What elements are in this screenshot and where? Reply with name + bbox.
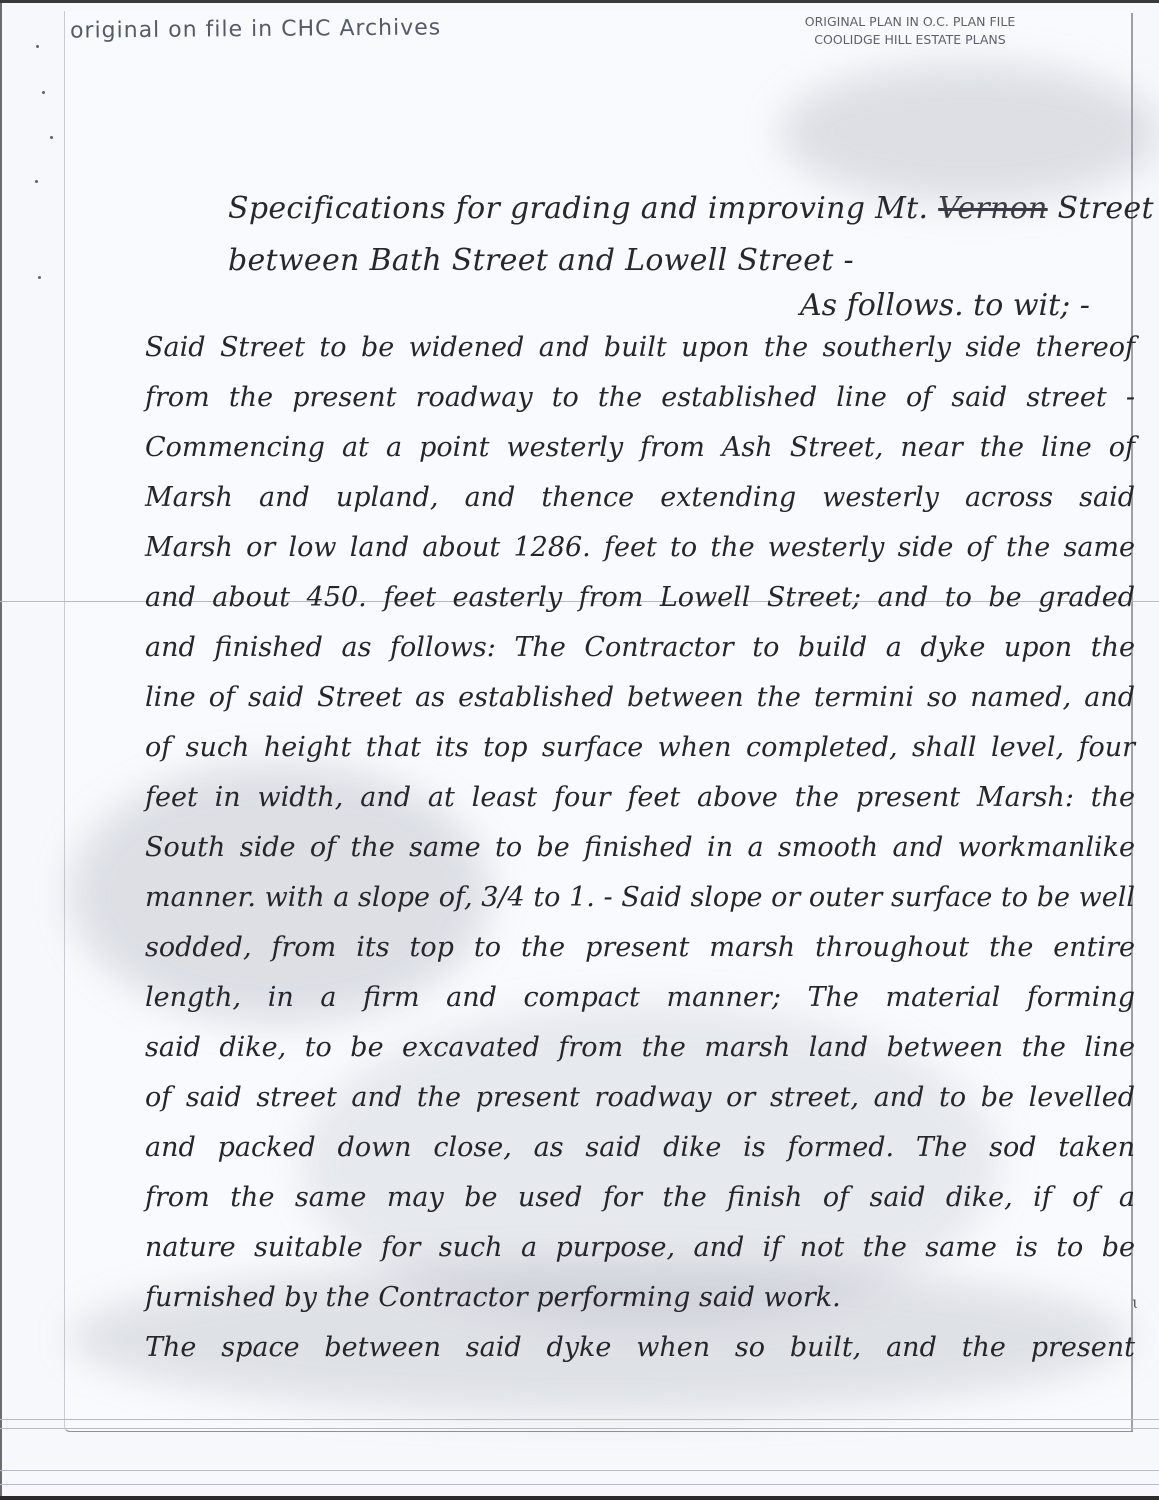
body-line: South side of the same to be finished in… [145, 823, 1135, 873]
body-line: Said Street to be widened and built upon… [145, 323, 1135, 373]
body-line: of such height that its top surface when… [145, 723, 1135, 773]
title-line-2: between Bath Street and Lowell Street - [228, 235, 1108, 287]
body-line: sodded, from its top to the present mars… [145, 923, 1135, 973]
scanned-document-page: original on file in CHC Archives Origina… [0, 0, 1159, 1500]
scan-speck [35, 180, 38, 183]
plan-file-note-line: Original plan in O.C. plan file [760, 13, 1060, 31]
body-line: from the same may be used for the finish… [145, 1173, 1135, 1223]
body-line: nature suitable for such a purpose, and … [145, 1223, 1135, 1273]
scan-speck [36, 45, 39, 48]
body-line: manner. with a slope of, 3/4 to 1. - Sai… [145, 873, 1135, 923]
title-prefix: Specifications for grading and improving [228, 191, 865, 226]
ruled-line [0, 1419, 1159, 1420]
margin-mark: ɩ [1132, 1293, 1138, 1312]
body-line: furnished by the Contractor performing s… [145, 1273, 1135, 1323]
archive-note: original on file in CHC Archives [70, 15, 441, 43]
body-line: from the present roadway to the establis… [145, 373, 1135, 423]
body-line: length, in a firm and compact manner; Th… [145, 973, 1135, 1023]
body-line: feet in width, and at least four feet ab… [145, 773, 1135, 823]
salutation: As follows. to wit; - [800, 288, 1090, 323]
title-street-suffix: Street [1058, 191, 1154, 226]
title-street-prefix: Mt. [875, 191, 928, 226]
scan-speck [50, 136, 53, 139]
document-title: Specifications for grading and improving… [228, 183, 1108, 287]
scan-speck [38, 276, 41, 279]
body-line: Marsh or low land about 1286. feet to th… [145, 523, 1135, 573]
body-line: and packed down close, as said dike is f… [145, 1123, 1135, 1173]
ruled-line [0, 1484, 1159, 1485]
plan-file-note: Original plan in O.C. plan file Coolidge… [760, 13, 1060, 49]
title-line-1: Specifications for grading and improving… [228, 183, 1108, 235]
body-line: said dike, to be excavated from the mars… [145, 1023, 1135, 1073]
body-line: Marsh and upland, and thence extending w… [145, 473, 1135, 523]
title-struck-street-name: Vernon [938, 191, 1048, 226]
body-line: line of said Street as established betwe… [145, 673, 1135, 723]
body-line: of said street and the present roadway o… [145, 1073, 1135, 1123]
body-line: and finished as follows: The Contractor … [145, 623, 1135, 673]
ruled-line [0, 1428, 1159, 1429]
scan-speck [42, 91, 45, 94]
document-body: Said Street to be widened and built upon… [145, 323, 1135, 1373]
ruled-line [0, 1470, 1159, 1471]
body-line: and about 450. feet easterly from Lowell… [145, 573, 1135, 623]
body-line: Commencing at a point westerly from Ash … [145, 423, 1135, 473]
body-line: The space between said dyke when so buil… [145, 1323, 1135, 1373]
plan-file-note-line: Coolidge Hill Estate Plans [760, 31, 1060, 49]
